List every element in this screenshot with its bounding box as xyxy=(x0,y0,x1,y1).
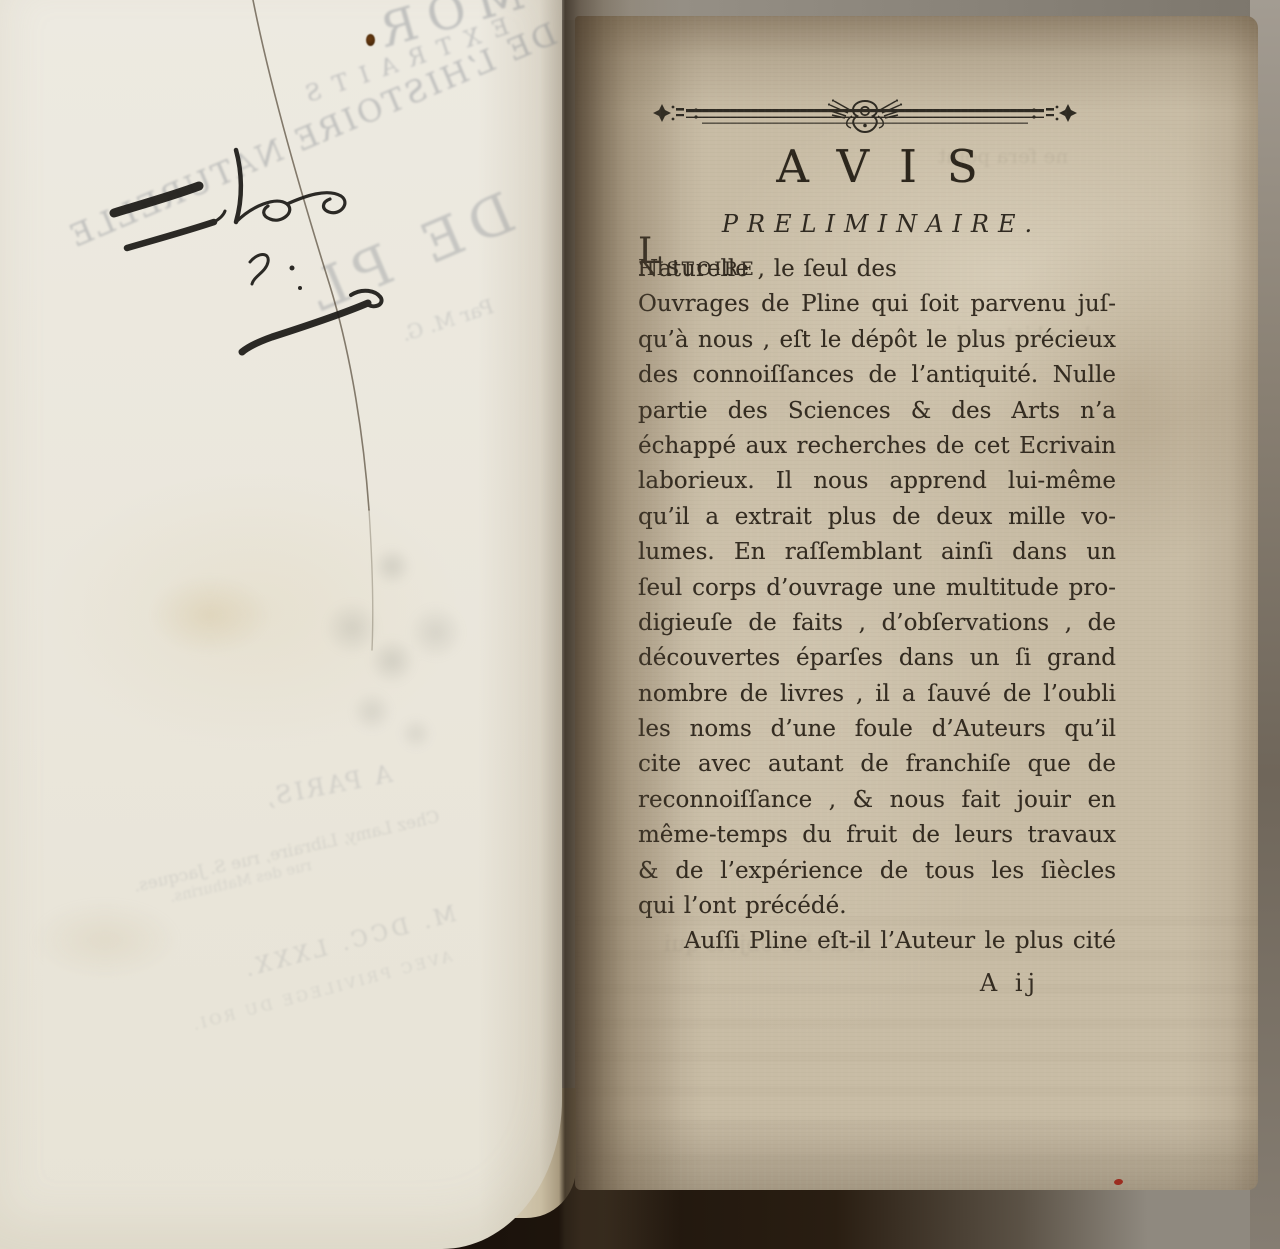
body-line: ſeul corps d’ouvrage une multitude pro- xyxy=(638,571,1116,606)
showthrough-imprint-line: Chez Lamy, Libraire, rue S. Jacques. xyxy=(132,807,442,897)
showthrough-fragment: ne fera point xyxy=(938,144,1068,168)
paragraph2-line: Auſſi Pline eſt-il l’Auteur le plus cité xyxy=(638,924,1116,959)
left-page: MOR EXTRAITS DE L’HISTOIRE NATURELLE DE … xyxy=(0,0,562,1249)
body-line: nombre de livres , il a ſauvé de l’oubli xyxy=(638,677,1116,712)
body-line: cite avec autant de franchiſe que de xyxy=(638,747,1116,782)
book-photo: AVIS PRELIMINAIRE. ne fera point des obj… xyxy=(0,0,1280,1249)
body-line: reconnoiſſance , & nous fait jouir en xyxy=(638,783,1116,818)
right-page: AVIS PRELIMINAIRE. ne fera point des obj… xyxy=(575,16,1258,1190)
body-line: Ouvrages de Pline qui ſoit parvenu juſ- xyxy=(638,287,1116,322)
body-text: L’HISTOIRE Naturelle , le ſeul des Ouvra… xyxy=(638,252,1116,1001)
body-line: qu’à nous , eſt le dépôt le plus précieu… xyxy=(638,323,1116,358)
body-line: des connoiſſances de l’antiquité. Nulle xyxy=(638,358,1116,393)
body-line: même-temps du fruit de leurs travaux xyxy=(638,818,1116,853)
ink-signature xyxy=(0,0,562,700)
body-line: les noms d’une foule d’Auteurs qu’il xyxy=(638,712,1116,747)
body-line: qu’il a extrait plus de deux mille vo- xyxy=(638,500,1116,535)
signature-mark: A ij xyxy=(638,966,1116,1001)
body-line: & de l’expérience de tous les ſiècles xyxy=(638,854,1116,889)
showthrough-imprint-line: A PARIS, xyxy=(261,760,395,812)
body-line-last: qui l’ont précédé. xyxy=(638,889,1116,924)
headpiece-ornament xyxy=(646,98,1084,138)
line-rest: Naturelle , le ſeul des xyxy=(638,252,897,287)
body-line: L’HISTOIRE Naturelle , le ſeul des xyxy=(638,252,1116,287)
body-line: partie des Sciences & des Arts n’a xyxy=(638,394,1116,429)
text-column: AVIS PRELIMINAIRE. ne fera point des obj… xyxy=(638,86,1116,1016)
body-line: découvertes éparſes dans un ſi grand xyxy=(638,641,1116,676)
body-line: laborieux. Il nous apprend lui-même xyxy=(638,464,1116,499)
body-line: lumes. En raſſemblant ainſi dans un xyxy=(638,535,1116,570)
body-line: échappé aux recherches de cet Ecrivain xyxy=(638,429,1116,464)
body-line: digieuſe de faits , d’obſervations , de xyxy=(638,606,1116,641)
foxing-stain xyxy=(30,900,180,980)
page-subtitle: PRELIMINAIRE. xyxy=(638,210,1116,238)
